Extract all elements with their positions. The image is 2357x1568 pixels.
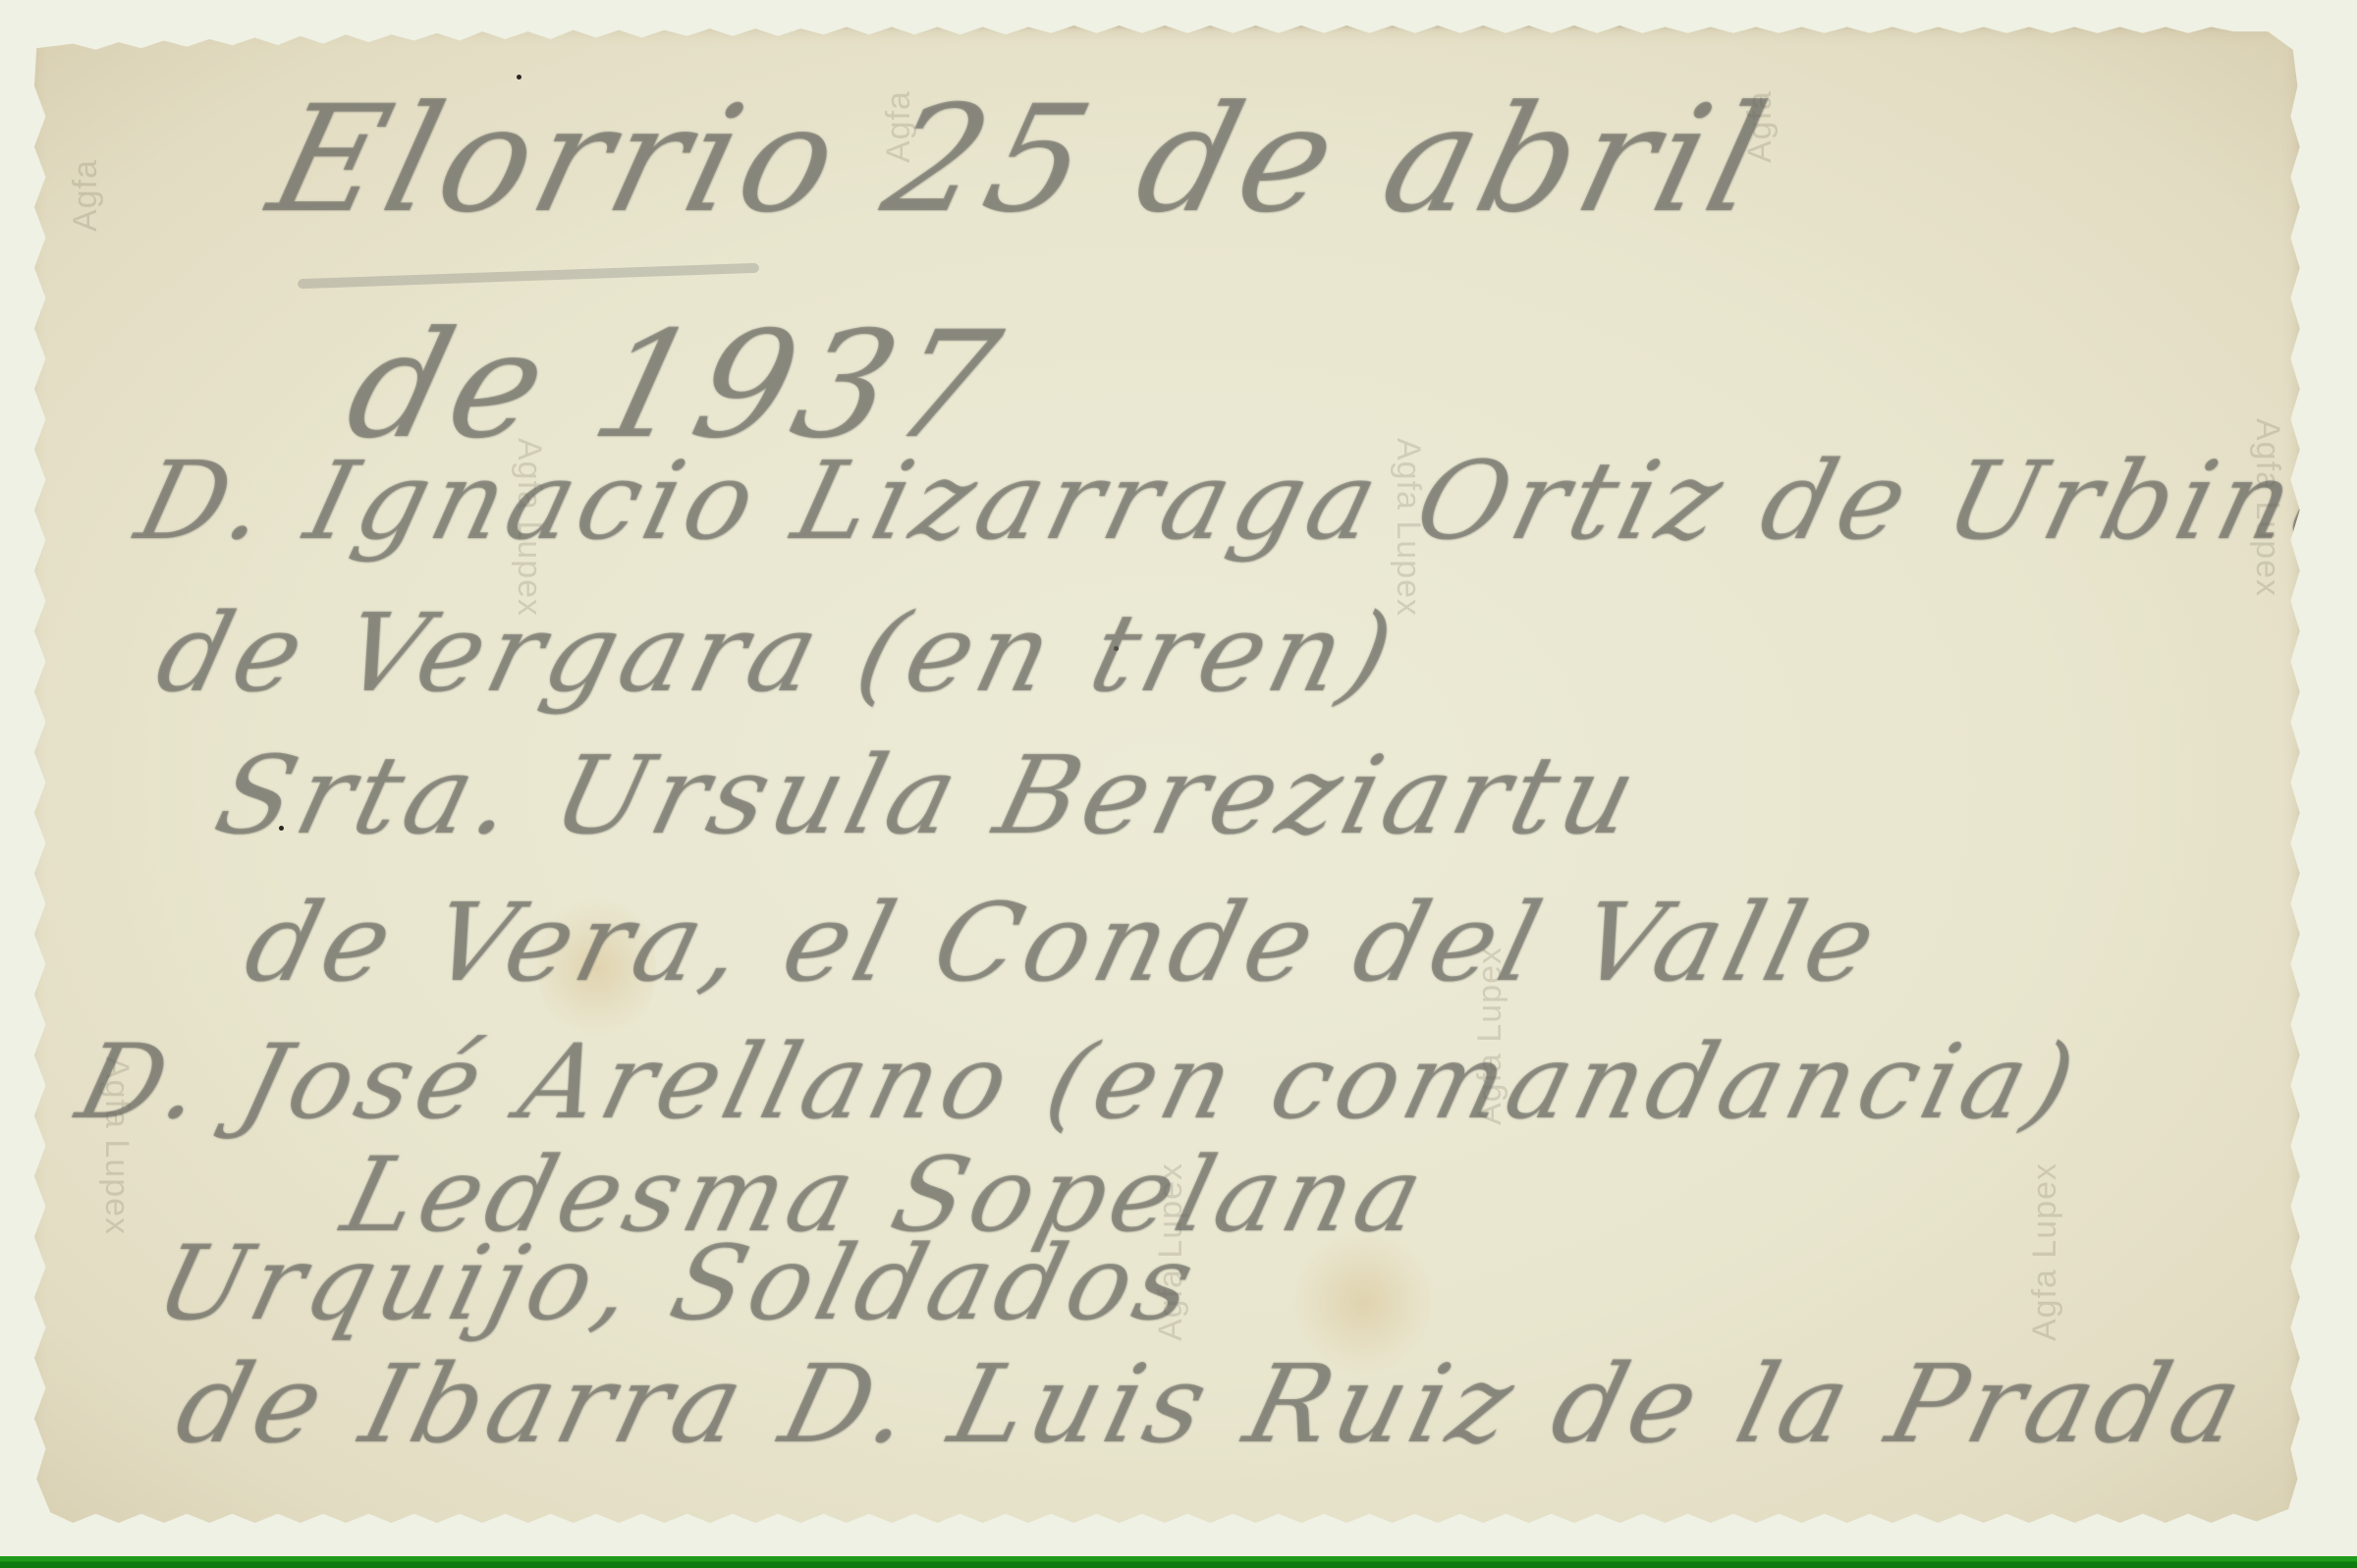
bottom-green-bar xyxy=(0,1556,2357,1568)
handwritten-line: D. José Arellano (en comandancia) xyxy=(67,1022,2092,1142)
agfa-watermark: Agfa xyxy=(67,159,105,232)
title-underline xyxy=(298,263,759,289)
postcard-back: Agfa Agfa Agfa Agfa Lupex Agfa Lupex Agf… xyxy=(27,26,2302,1540)
agfa-lupex-watermark: Agfa Lupex xyxy=(2026,1162,2064,1341)
handwritten-line: de Vergara (en tren) xyxy=(145,590,1410,716)
handwritten-line: D. Ignacio Lizarraga Ortiz de Urbina xyxy=(126,438,2357,564)
handwritten-line: Urquijo, Soldados xyxy=(145,1223,1211,1343)
handwritten-line-signature: de Ibarra D. Luis Ruiz de la Prada xyxy=(165,1341,2259,1467)
handwritten-line: de Vera, el Conde del Valle xyxy=(234,880,1893,1005)
handwritten-line: Srta. Ursula Bereziartu xyxy=(204,732,1654,858)
document-viewer: Agfa Agfa Agfa Agfa Lupex Agfa Lupex Agf… xyxy=(0,0,2357,1568)
handwritten-line-place-date: Elorrio 25 de abril xyxy=(255,75,1786,245)
